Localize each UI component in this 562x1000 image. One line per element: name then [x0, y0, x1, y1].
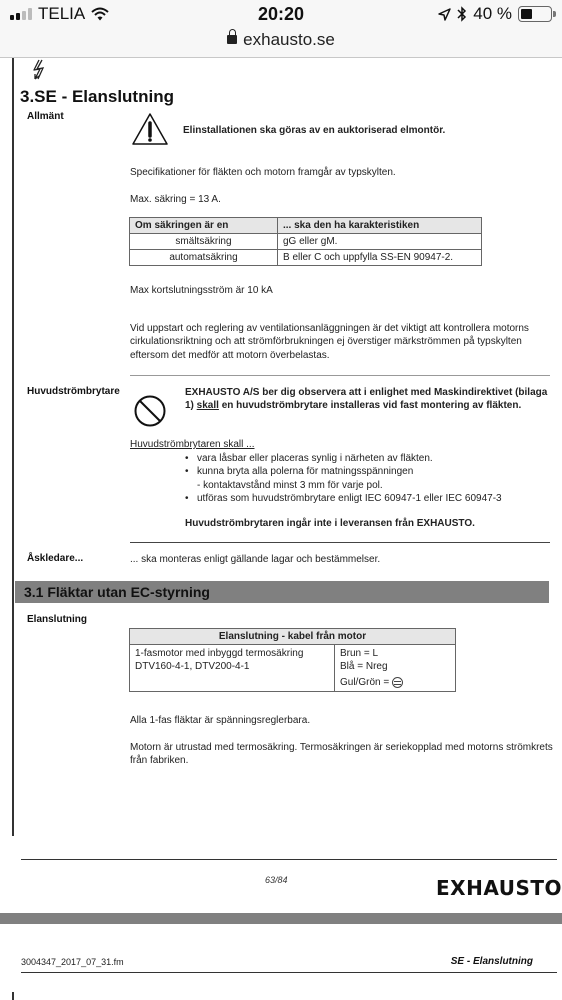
- table-cell: 1-fasmotor med inbyggd termosäkring DTV1…: [130, 645, 335, 692]
- table-cell: smältsäkring: [130, 234, 278, 250]
- wire-blue: Blå = Nreg: [340, 660, 450, 673]
- table-cell: automatsäkring: [130, 250, 278, 266]
- label-general: Allmänt: [27, 111, 64, 122]
- file-name: 3004347_2017_07_31.fm: [21, 957, 124, 967]
- table-cell: gG eller gM.: [278, 234, 482, 250]
- running-header: SE - Elanslutning: [451, 956, 533, 967]
- page-separator: [0, 913, 562, 924]
- table-row: automatsäkring B eller C och uppfylla SS…: [130, 250, 482, 266]
- spec-text: Specifikationer för fläkten och motorn f…: [130, 166, 396, 179]
- page-number: 63/84: [265, 875, 288, 885]
- table-row: 1-fasmotor med inbyggd termosäkring DTV1…: [130, 645, 456, 692]
- wire-earth: Gul/Grön =: [340, 676, 450, 689]
- lightning-text: ... ska monteras enligt gällande lagar o…: [130, 553, 380, 566]
- label-lightning: Åskledare...: [27, 553, 83, 564]
- fuse-table: Om säkringen är en ... ska den ha karakt…: [129, 217, 482, 266]
- table-header: Om säkringen är en: [130, 218, 278, 234]
- note-voltage-control: Alla 1-fas fläktar är spänningsreglerbar…: [130, 714, 310, 727]
- status-bar: TELIA 20:20 40 %: [0, 0, 562, 30]
- notice-emphasis: skall: [197, 400, 219, 411]
- table-cell: Brun = L Blå = Nreg Gul/Grön =: [335, 645, 456, 692]
- motor-type: 1-fasmotor med inbyggd termosäkring: [135, 647, 329, 660]
- startup-text: Vid uppstart och reglering av ventilatio…: [130, 322, 555, 362]
- table-header-row: Elanslutning - kabel från motor: [130, 629, 456, 645]
- main-switch-notice: EXHAUSTO A/S ber dig observera att i enl…: [185, 386, 550, 413]
- label-main-switch: Huvudströmbrytare: [27, 386, 120, 397]
- label-connection: Elanslutning: [27, 614, 87, 625]
- table-header-row: Om säkringen är en ... ska den ha karakt…: [130, 218, 482, 234]
- earth-symbol-icon: [392, 677, 403, 688]
- max-fuse: Max. säkring = 13 A.: [130, 193, 221, 206]
- battery-icon: [518, 6, 552, 22]
- motor-models: DTV160-4-1, DTV200-4-1: [135, 660, 329, 673]
- table-header: ... ska den ha karakteristiken: [278, 218, 482, 234]
- wire-brown: Brun = L: [340, 647, 450, 660]
- location-icon: [438, 8, 451, 21]
- bluetooth-icon: [457, 6, 467, 22]
- list-item: utföras som huvudströmbrytare enligt IEC…: [185, 492, 502, 505]
- table-header: Elanslutning - kabel från motor: [130, 629, 456, 645]
- wire-earth-label: Gul/Grön =: [340, 677, 392, 688]
- notice-text: en huvudströmbrytare installeras vid fas…: [219, 400, 521, 411]
- list-item: kunna bryta alla polerna för matningsspä…: [185, 465, 502, 478]
- change-bar: [12, 58, 14, 836]
- list-subitem: - kontaktavstånd minst 3 mm för varje po…: [185, 479, 502, 492]
- warning-text: Elinstallationen ska göras av en auktori…: [183, 124, 445, 137]
- table-cell: B eller C och uppfylla SS-EN 90947-2.: [278, 250, 482, 266]
- lock-icon: [227, 35, 237, 44]
- section-title: 3.SE - Elanslutning: [20, 87, 174, 107]
- divider: [130, 375, 550, 376]
- prohibition-icon: [133, 394, 167, 428]
- divider: [130, 542, 550, 543]
- note-thermal-fuse: Motorn är utrustad med termosäkring. Ter…: [130, 741, 555, 768]
- list-item: vara låsbar eller placeras synlig i närh…: [185, 452, 502, 465]
- list-title: Huvudströmbrytaren skall ...: [130, 438, 255, 451]
- not-included-note: Huvudströmbrytaren ingår inte i leverans…: [185, 517, 475, 530]
- url-text[interactable]: exhausto.se: [243, 30, 335, 49]
- table-row: smältsäkring gG eller gM.: [130, 234, 482, 250]
- subsection-title: 3.1 Fläktar utan EC-styrning: [15, 581, 549, 603]
- lightning-bolt-icon: [30, 58, 48, 86]
- battery-percent: 40 %: [473, 4, 512, 24]
- requirements-list: vara låsbar eller placeras synlig i närh…: [185, 452, 502, 506]
- short-circuit-text: Max kortslutningsström är 10 kA: [130, 284, 273, 297]
- url-bar[interactable]: exhausto.se: [0, 30, 562, 58]
- change-bar: [12, 992, 14, 1000]
- footer-divider: [21, 859, 557, 860]
- brand-logo: EXHAUSTO: [436, 876, 562, 900]
- header-divider: [21, 972, 557, 973]
- cable-table: Elanslutning - kabel från motor 1-fasmot…: [129, 628, 456, 692]
- warning-icon: [131, 112, 169, 146]
- status-right: 40 %: [438, 4, 552, 24]
